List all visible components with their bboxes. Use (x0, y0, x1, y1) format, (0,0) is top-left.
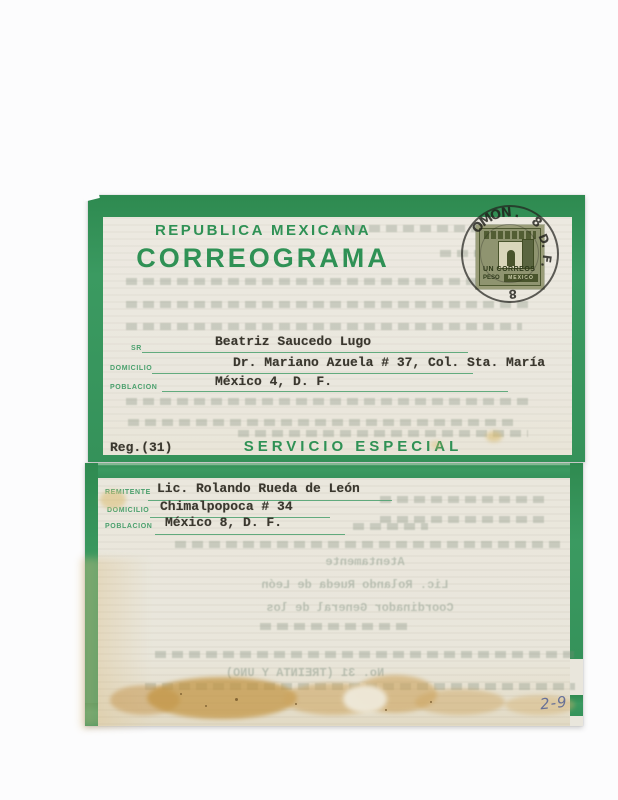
stain-spot (430, 441, 442, 449)
poblacion-label: POBLACION (110, 384, 157, 391)
addressee-name: Beatriz Saucedo Lugo (215, 334, 371, 349)
bleedthrough-line (380, 516, 550, 523)
bleedthrough-text: Lic. Rolando Rueda de León (205, 578, 505, 592)
scanned-correograma: REPUBLICA MEXICANA CORREOGRAMA UN CORREO… (0, 0, 618, 800)
bleedthrough-line (260, 623, 410, 630)
stain-speck (205, 705, 207, 707)
bleedthrough-text: Coordinador General de los (190, 601, 530, 615)
correograma-front-panel: REPUBLICA MEXICANA CORREOGRAMA UN CORREO… (88, 195, 585, 462)
stain-speck (235, 698, 238, 701)
sender-poblacion-label: POBLACION (105, 523, 152, 530)
postmark-inner-ring (480, 224, 539, 283)
pencil-annotation: 2-9 (539, 693, 568, 714)
document-title: CORREOGRAMA (118, 243, 408, 274)
faint-dashes (353, 523, 428, 530)
sender-city: México 8, D. F. (165, 515, 282, 530)
postmark: OMON. 8 D. F. 8 (461, 205, 559, 303)
bleedthrough-line (380, 496, 550, 503)
worn-white-patch (343, 685, 387, 713)
torn-corner (82, 189, 100, 202)
sr-underline (142, 352, 468, 353)
bleedthrough-line (128, 419, 516, 426)
registry-number: Reg.(31) (110, 440, 172, 455)
bleedthrough-text: Atentamente (255, 555, 475, 569)
sender-poblacion-underline (155, 534, 345, 535)
bleedthrough-line (126, 323, 522, 330)
stain-speck (180, 693, 182, 695)
bleedthrough-line (175, 541, 565, 548)
sender-street: Chimalpopoca # 34 (160, 499, 293, 514)
bleedthrough-line (155, 651, 575, 658)
stain-speck (385, 709, 387, 711)
green-top-band (85, 463, 583, 478)
stain-blob (147, 677, 297, 719)
stain-spot (100, 490, 126, 509)
stain-speck (430, 701, 432, 703)
bleedthrough-line (238, 430, 528, 437)
correograma-back-panel: Atentamente Lic. Rolando Rueda de León C… (85, 463, 583, 726)
sender-name: Lic. Rolando Rueda de León (157, 481, 360, 496)
bleedthrough-line (126, 398, 528, 405)
addressee-street: Dr. Mariano Azuela # 37, Col. Sta. María (233, 355, 545, 370)
poblacion-underline (162, 391, 508, 392)
stain-blob (415, 689, 505, 715)
green-right-strip (570, 463, 583, 659)
sr-label: SR (131, 345, 142, 352)
addressee-city: México 4, D. F. (215, 374, 332, 389)
stain-spot (486, 431, 502, 442)
stain-speck (295, 703, 297, 705)
domicilio-label: DOMICILIO (110, 365, 152, 372)
country-heading: REPUBLICA MEXICANA (118, 222, 408, 239)
